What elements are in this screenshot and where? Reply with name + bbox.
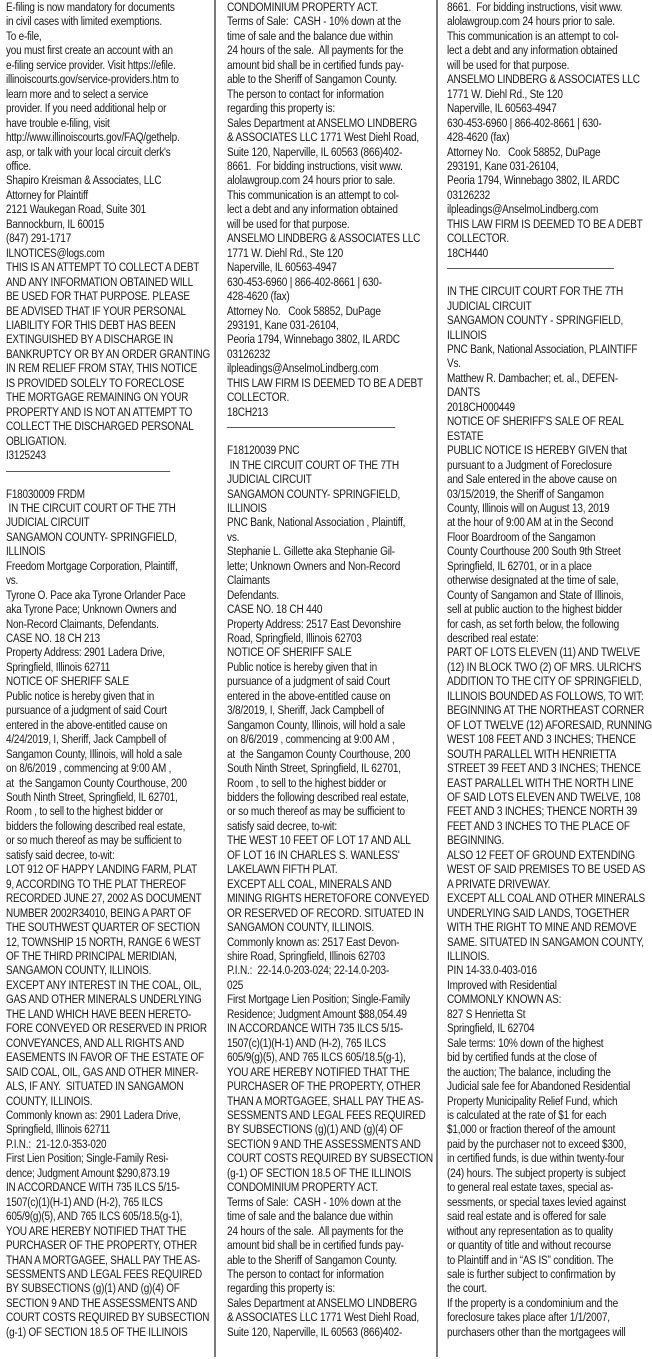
notice-text-line: ILLINOIS (447, 328, 617, 342)
notice-text-line: PROPERTY AND IS NOT AN ATTEMPT TO (6, 405, 174, 419)
notice-text-line: LOT 912 OF HAPPY LANDING FARM, PLAT (6, 862, 174, 876)
notice-text-line: have trouble e-filing, visit (6, 116, 174, 130)
notice-text-line: COLLECT THE DISCHARGED PERSONAL (6, 419, 174, 433)
notice-text-line: BE USED FOR THAT PURPOSE. PLEASE (6, 289, 174, 303)
notice-text-line: OBLIGATION. (6, 434, 174, 448)
notice-text-line: NOTICE OF SHERIFF SALE (6, 674, 174, 688)
notice-text-line: without any representation as to quality (447, 1224, 617, 1238)
notice-text-line: vs. (227, 530, 398, 544)
notice-text-line: Sales Department at ANSELMO LINDBERG (227, 1296, 398, 1310)
notice-text-line: in certified funds, is due within twenty… (447, 1151, 617, 1165)
notice-text-line: First Mortgage Lien Position; Single-Fam… (227, 992, 398, 1006)
notice-text-line: 605/9(g)(5), AND 765 ILCS 605/18.5(g-1), (227, 1050, 398, 1064)
notice-text-line: CONDOMINIUM PROPERTY ACT. (227, 1180, 398, 1194)
notice-text-line: PNC Bank, National Association, PLAINTIF… (447, 342, 617, 356)
notice-text-line: (847) 291-1717 (6, 231, 174, 245)
notice-text-line: (24) hours. The subject property is subj… (447, 1166, 617, 1180)
notice-text-line: SANGAMON COUNTY - SPRINGFIELD, (447, 313, 617, 327)
notice-text-line: 1771 W. Diehl Rd., Ste 120 (447, 87, 617, 101)
notice-text-line: Attorney No. Cook 58852, DuPage (447, 145, 617, 159)
notice-text-line: THIS LAW FIRM IS DEEMED TO BE A DEBT (227, 376, 398, 390)
notice-text-line: County Courthouse 200 South 9th Street (447, 544, 617, 558)
notice-text-line: LAKELAWN FIFTH PLAT. (227, 862, 398, 876)
notice-text-line: Commonly known as: 2517 East Devon- (227, 935, 398, 949)
column-rule-2 (436, 0, 438, 1357)
notice-text-line: Tyrone O. Pace aka Tyrone Orlander Pace (6, 588, 174, 602)
notice-text-line: SANGAMON COUNTY, ILLINOIS. (6, 963, 174, 977)
notice-text-line: IN THE CIRCUIT COURT FOR THE 7TH (447, 284, 617, 298)
notice-text-line: 293191, Kane 031-26104, (447, 159, 617, 173)
legal-notice: E-filing is now mandatory for documentsi… (6, 0, 174, 463)
notice-text-line: IN THE CIRCUIT COURT OF THE 7TH (6, 501, 174, 515)
notice-text-line: Improved with Residential (447, 978, 617, 992)
notice-text-line: at the Sangamon County Courthouse, 200 (6, 776, 174, 790)
notice-text-line: FORE CONVEYED OR RESERVED IN PRIOR (6, 1021, 174, 1035)
notice-text-line: South Ninth Street, Springfield, IL 6270… (6, 790, 174, 804)
notice-text-line: RECORDED JUNE 27, 2002 AS DOCUMENT (6, 891, 174, 905)
notice-text-line: 605/9(g)(5), AND 765 ILCS 605/18.5(g-1), (6, 1209, 174, 1223)
notice-text-line: JUDICIAL CIRCUIT (447, 299, 617, 313)
notice-text-line: To e-file, (6, 29, 174, 43)
notice-text-line: lect a debt and any information obtained (227, 202, 398, 216)
notice-text-line: EXTINGUISHED BY A DISCHARGE IN (6, 332, 174, 346)
notice-text-line: IN ACCORDANCE WITH 735 ILCS 5/15- (227, 1021, 398, 1035)
notice-text-line: e-filing service provider. Visit https:/… (6, 58, 174, 72)
notice-text-line: Sangamon County, Illinois, will hold a s… (227, 718, 398, 732)
notice-text-line: COLLECTOR. (227, 390, 398, 404)
notice-text-line: ilpleadings@AnselmoLindberg.com (227, 361, 398, 375)
notice-text-line: COMMONLY KNOWN AS: (447, 992, 617, 1006)
notice-text-line: Springfield, Illinois 62711 (6, 1122, 174, 1136)
notice-text-line: or so much thereof as may be sufficient … (227, 804, 398, 818)
notice-text-line: EXCEPT ALL COAL, MINERALS AND (227, 877, 398, 891)
notice-text-line: Vs. (447, 356, 617, 370)
notice-text-line: PURCHASER OF THE PROPERTY, OTHER (227, 1079, 398, 1093)
notice-divider (227, 427, 395, 429)
notice-text-line: STREET 39 FEET AND 3 INCHES; THENCE (447, 761, 617, 775)
notice-text-line: FEET AND 3 INCHES; THENCE NORTH 39 (447, 804, 617, 818)
notice-text-line: SANGAMON COUNTY- SPRINGFIELD, (6, 530, 174, 544)
notice-text-line: Freedom Mortgage Corporation, Plaintiff, (6, 559, 174, 573)
legal-notice: F18120039 PNC IN THE CIRCUIT COURT OF TH… (227, 443, 398, 1339)
notice-text-line: ILLINOIS (227, 501, 398, 515)
notice-text-line: entered in the above-entitled cause on (227, 689, 398, 703)
notice-text-line: pursuance of a judgment of said Court (6, 703, 174, 717)
notice-text-line: Claimants (227, 573, 398, 587)
notice-text-line: on 8/6/2019 , commencing at 9:00 AM , (227, 732, 398, 746)
notice-text-line: EXCEPT ALL COAL AND OTHER MINERALS (447, 891, 617, 905)
notice-text-line: IN THE CIRCUIT COURT OF THE 7TH (227, 458, 398, 472)
notice-text-line: Peoria 1794, Winnebago 3802, IL ARDC (227, 332, 398, 346)
notice-text-line: asp, or talk with your local circuit cle… (6, 145, 174, 159)
legal-notices-page: E-filing is now mandatory for documentsi… (0, 0, 652, 1359)
notice-text-line: CONVEYANCES, AND ALL RIGHTS AND (6, 1036, 174, 1050)
notice-text-line: 03126232 (227, 347, 398, 361)
notice-text-line: SOUTH PARALLEL WITH HENRIETTA (447, 747, 617, 761)
legal-notice: F18030009 FRDM IN THE CIRCUIT COURT OF T… (6, 487, 174, 1340)
legal-notice: CONDOMINIUM PROPERTY ACT.Terms of Sale: … (227, 0, 398, 419)
notice-text-line: SAME. SITUATED IN SANGAMON COUNTY, (447, 935, 617, 949)
notice-text-line: COUNTY, ILLINOIS. (6, 1094, 174, 1108)
notice-divider (6, 471, 170, 473)
column-rule-1 (214, 0, 216, 1357)
legal-notice: 8661. For bidding instructions, visit ww… (447, 0, 617, 260)
notice-text-line: 8661. For bidding instructions, visit ww… (227, 159, 398, 173)
notice-text-line: Commonly known as: 2901 Ladera Drive, (6, 1108, 174, 1122)
notice-text-line: time of sale and the balance due within (227, 29, 398, 43)
notice-text-line: Road, Springfield, Illinois 62703 (227, 631, 398, 645)
notice-text-line: OF THE THIRD PRINCIPAL MERIDIAN, (6, 949, 174, 963)
notice-text-line: 8661. For bidding instructions, visit ww… (447, 0, 617, 14)
notice-text-line: paid by the purchaser not to exceed $300… (447, 1137, 617, 1151)
notice-text-line: purchasers other than the mortgagees wil… (447, 1325, 617, 1339)
notice-text-line: is calculated at the rate of $1 for each (447, 1108, 617, 1122)
notice-text-line: to Plaintiff and in “AS IS” condition. T… (447, 1253, 617, 1267)
notice-text-line: 1507(c)(1)(H-1) AND (H-2), 765 ILCS (227, 1036, 398, 1050)
notice-text-line: Springfield, IL 62704 (447, 1021, 617, 1035)
notice-text-line: IN REM RELIEF FROM STAY, THIS NOTICE (6, 361, 174, 375)
notice-text-line: The person to contact for information (227, 1267, 398, 1281)
notice-text-line: WEST 108 FEET AND 3 INCHES; THENCE (447, 732, 617, 746)
notice-text-line: Property Address: 2901 Ladera Drive, (6, 645, 174, 659)
notice-text-line: BY SUBSECTIONS (g)(1) AND (g)(4) OF (227, 1122, 398, 1136)
notice-text-line: UNDERLYING SAID LANDS, TOGETHER (447, 906, 617, 920)
notice-text-line: F18120039 PNC (227, 443, 398, 457)
notice-text-line: lect a debt and any information obtained (447, 43, 617, 57)
notice-text-line: SANGAMON COUNTY, ILLINOIS. (227, 920, 398, 934)
notice-text-line: alolawgroup.com 24 hours prior to sale. (447, 14, 617, 28)
notice-text-line: Naperville, IL 60563-4947 (227, 260, 398, 274)
notice-text-line: 03/15/2019, the Sheriff of Sangamon (447, 487, 617, 501)
notice-text-line: able to the Sheriff of Sangamon County. (227, 72, 398, 86)
notice-text-line: THIS IS AN ATTEMPT TO COLLECT A DEBT (6, 260, 174, 274)
notice-text-line: 4/24/2019, I, Sheriff, Jack Campbell of (6, 732, 174, 746)
notice-text-line: LIABILITY FOR THIS DEBT HAS BEEN (6, 318, 174, 332)
notice-text-line: ILNOTICES@logs.com (6, 246, 174, 260)
notice-text-line: ALSO 12 FEET OF GROUND EXTENDING (447, 848, 617, 862)
notice-text-line: OF LOT 16 IN CHARLES S. WANLESS' (227, 848, 398, 862)
notice-text-line: NUMBER 2002R34010, BEING A PART OF (6, 906, 174, 920)
notice-text-line: IN ACCORDANCE WITH 735 ILCS 5/15- (6, 1180, 174, 1194)
notice-text-line: otherwise designated at the time of sale… (447, 573, 617, 587)
notice-text-line: you must first create an account with an (6, 43, 174, 57)
notice-text-line: Room , to sell to the highest bidder or (227, 776, 398, 790)
notice-text-line: Attorney No. Cook 58852, DuPage (227, 304, 398, 318)
notice-text-line: First Lien Position; Single-Family Resi- (6, 1151, 174, 1165)
notice-text-line: This communication is an attempt to col- (227, 188, 398, 202)
notice-text-line: 2018CH000449 (447, 400, 617, 414)
notice-text-line: ilpleadings@AnselmoLindberg.com (447, 202, 617, 216)
notice-text-line: Defendants. (227, 588, 398, 602)
notice-text-line: 1507(c)(1)(H-1) AND (H-2), 765 ILCS (6, 1195, 174, 1209)
notice-text-line: CASE NO. 18 CH 440 (227, 602, 398, 616)
notice-text-line: ESTATE (447, 429, 617, 443)
notice-text-line: 24 hours of the sale. All payments for t… (227, 43, 398, 57)
notice-text-line: entered in the above-entitled cause on (6, 718, 174, 732)
notice-text-line: COURT COSTS REQUIRED BY SUBSECTION (227, 1151, 398, 1165)
notice-text-line: PIN 14-33.0-403-016 (447, 963, 617, 977)
notice-text-line: learn more and to select a service (6, 87, 174, 101)
notice-text-line: Suite 120, Naperville, IL 60563 (866)402… (227, 1325, 398, 1339)
notice-text-line: Suite 120, Naperville, IL 60563 (866)402… (227, 145, 398, 159)
notice-text-line: WEST OF SAID PREMISES TO BE USED AS (447, 862, 617, 876)
notice-text-line: SECTION 9 AND THE ASSESSMENTS AND (227, 1137, 398, 1151)
notice-text-line: illinoiscourts.gov/service-providers.htm… (6, 72, 174, 86)
notice-text-line: Property Municipality Relief Fund, which (447, 1094, 617, 1108)
notice-text-line: 3/8/2019, I, Sheriff, Jack Campbell of (227, 703, 398, 717)
notice-text-line: or quantity of title and without recours… (447, 1238, 617, 1252)
notice-text-line: P.I.N.: 21-12.0-353-020 (6, 1137, 174, 1151)
notice-text-line: Naperville, IL 60563-4947 (447, 101, 617, 115)
notice-text-line: Sales Department at ANSELMO LINDBERG (227, 116, 398, 130)
notice-text-line: bidders the following described real est… (6, 819, 174, 833)
notice-text-line: and Sale entered in the above cause on (447, 472, 617, 486)
notice-text-line: OF LOT TWELVE (12) AFORESAID, RUNNING (447, 718, 617, 732)
notice-text-line: Public notice is hereby given that in (6, 689, 174, 703)
notice-text-line: (g-1) OF SECTION 18.5 OF THE ILLINOIS (6, 1325, 174, 1339)
notice-text-line: Room , to sell to the highest bidder or (6, 804, 174, 818)
notice-text-line: pursuant to a Judgment of Foreclosure (447, 458, 617, 472)
notice-text-line: NOTICE OF SHERIFF SALE (227, 645, 398, 659)
notice-text-line: Floor Boardroom of the Sangamon (447, 530, 617, 544)
notice-divider (447, 268, 614, 270)
notice-text-line: 24 hours of the sale. All payments for t… (227, 1224, 398, 1238)
notice-text-line: regarding this property is: (227, 1281, 398, 1295)
notice-text-line: PART OF LOTS ELEVEN (11) AND TWELVE (447, 645, 617, 659)
notice-text-line: 025 (227, 978, 398, 992)
column-2: CONDOMINIUM PROPERTY ACT.Terms of Sale: … (227, 0, 398, 1359)
notice-text-line: MINING RIGHTS HERETOFORE CONVEYED (227, 891, 398, 905)
notice-text-line: THE SOUTHWEST QUARTER OF SECTION (6, 920, 174, 934)
notice-text-line: 827 S Henrietta St (447, 1007, 617, 1021)
notice-text-line: lette; Unknown Owners and Non-Record (227, 559, 398, 573)
notice-text-line: If the property is a condominium and the (447, 1296, 617, 1310)
notice-text-line: CASE NO. 18 CH 213 (6, 631, 174, 645)
notice-text-line: shire Road, Springfield, Illinois 62703 (227, 949, 398, 963)
notice-text-line: 9, ACCORDING TO THE PLAT THEREOF (6, 877, 174, 891)
notice-text-line: F18030009 FRDM (6, 487, 174, 501)
notice-text-line: BE ADVISED THAT IF YOUR PERSONAL (6, 304, 174, 318)
notice-text-line: GAS AND OTHER MINERALS UNDERLYING (6, 992, 174, 1006)
notice-text-line: OF SAID LOTS ELEVEN AND TWELVE, 108 (447, 790, 617, 804)
notice-text-line: SANGAMON COUNTY- SPRINGFIELD, (227, 487, 398, 501)
notice-text-line: ADDITION TO THE CITY OF SPRINGFIELD, (447, 674, 617, 688)
notice-text-line: alolawgroup.com 24 hours prior to sale. (227, 173, 398, 187)
notice-text-line: Peoria 1794, Winnebago 3802, IL ARDC (447, 173, 617, 187)
notice-text-line: 12, TOWNSHIP 15 NORTH, RANGE 6 WEST (6, 935, 174, 949)
notice-text-line: the auction; The balance, including the (447, 1065, 617, 1079)
notice-text-line: DANTS (447, 385, 617, 399)
notice-text-line: said real estate and is offered for sale (447, 1209, 617, 1223)
notice-text-line: able to the Sheriff of Sangamon County. (227, 1253, 398, 1267)
notice-text-line: Attorney for Plaintiff (6, 188, 174, 202)
notice-text-line: EASEMENTS IN FAVOR OF THE ESTATE OF (6, 1050, 174, 1064)
notice-text-line: WITH THE RIGHT TO MINE AND REMOVE (447, 920, 617, 934)
notice-text-line: dence; Judgment Amount $290,873.19 (6, 1166, 174, 1180)
notice-text-line: Public notice is hereby given that in (227, 660, 398, 674)
notice-text-line: Sale terms: 10% down of the highest (447, 1036, 617, 1050)
notice-text-line: THAN A MORTGAGEE, SHALL PAY THE AS- (227, 1094, 398, 1108)
notice-text-line: This communication is an attempt to col- (447, 29, 617, 43)
notice-text-line: BEGINNING AT THE NORTHEAST CORNER (447, 703, 617, 717)
notice-text-line: County of Sangamon and State of Illinois… (447, 588, 617, 602)
notice-text-line: BANKRUPTCY OR BY AN ORDER GRANTING (6, 347, 174, 361)
notice-text-line: on 8/6/2019 , commencing at 9:00 AM , (6, 761, 174, 775)
notice-text-line: COURT COSTS REQUIRED BY SUBSECTION (6, 1310, 174, 1324)
notice-text-line: 428-4620 (fax) (447, 130, 617, 144)
notice-text-line: THAN A MORTGAGEE, SHALL PAY THE AS- (6, 1253, 174, 1267)
notice-text-line: http://www.illinoiscourts.gov/FAQ/gethel… (6, 130, 174, 144)
notice-text-line: (g-1) OF SECTION 18.5 OF THE ILLINOIS (227, 1166, 398, 1180)
notice-text-line: office. (6, 159, 174, 173)
notice-text-line: time of sale and the balance due within (227, 1209, 398, 1223)
notice-text-line: satisfy said decree, to-wit: (227, 819, 398, 833)
notice-text-line: bidders the following described real est… (227, 790, 398, 804)
notice-text-line: described real estate: (447, 631, 617, 645)
notice-text-line: County, Illinois will on August 13, 2019 (447, 501, 617, 515)
notice-text-line: A PRIVATE DRIVEWAY. (447, 877, 617, 891)
notice-text-line: & ASSOCIATES LLC 1771 West Diehl Road, (227, 130, 398, 144)
notice-text-line: CONDOMINIUM PROPERTY ACT. (227, 0, 398, 14)
notice-text-line: SECTION 9 AND THE ASSESSMENTS AND (6, 1296, 174, 1310)
notice-text-line: PNC Bank, National Association , Plainti… (227, 515, 398, 529)
notice-text-line: Stephanie L. Gillette aka Stephanie Gil- (227, 544, 398, 558)
notice-text-line: the court. (447, 1281, 617, 1295)
column-3: 8661. For bidding instructions, visit ww… (447, 0, 617, 1359)
notice-text-line: Matthew R. Dambacher; et. al., DEFEN- (447, 371, 617, 385)
notice-text-line: Terms of Sale: CASH - 10% down at the (227, 14, 398, 28)
notice-text-line: AND ANY INFORMATION OBTAINED WILL (6, 275, 174, 289)
notice-text-line: at the hour of 9:00 AM at in the Second (447, 515, 617, 529)
notice-text-line: IS PROVIDED SOLELY TO FORECLOSE (6, 376, 174, 390)
notice-text-line: ANSELMO LINDBERG & ASSOCIATES LLC (227, 231, 398, 245)
notice-text-line: BEGINNING. (447, 833, 617, 847)
notice-text-line: NOTICE OF SHERIFF'S SALE OF REAL (447, 414, 617, 428)
notice-text-line: satisfy said decree, to-wit: (6, 848, 174, 862)
notice-text-line: ILLINOIS. (447, 949, 617, 963)
notice-text-line: sale is further subject to confirmation … (447, 1267, 617, 1281)
notice-text-line: 18CH213 (227, 405, 398, 419)
notice-text-line: EXCEPT ANY INTEREST IN THE COAL, OIL, (6, 978, 174, 992)
notice-text-line: ALS, IF ANY. SITUATED IN SANGAMON (6, 1079, 174, 1093)
notice-text-line: 428-4620 (fax) (227, 289, 398, 303)
notice-text-line: regarding this property is: (227, 101, 398, 115)
notice-text-line: THE WEST 10 FEET OF LOT 17 AND ALL (227, 833, 398, 847)
notice-text-line: 293191, Kane 031-26104, (227, 318, 398, 332)
notice-text-line: bid by certified funds at the close of (447, 1050, 617, 1064)
notice-text-line: aka Tyrone Pace; Unknown Owners and (6, 602, 174, 616)
notice-text-line: BY SUBSECTIONS (g)(1) AND (g)(4) OF (6, 1281, 174, 1295)
notice-text-line: will be used for that purpose. (227, 217, 398, 231)
notice-text-line: ILLINOIS BOUNDED AS FOLLOWS, TO WIT: (447, 689, 617, 703)
notice-text-line: SESSMENTS AND LEGAL FEES REQUIRED (227, 1108, 398, 1122)
notice-text-line: (12) IN BLOCK TWO (2) OF MRS. ULRICH'S (447, 660, 617, 674)
notice-text-line: COLLECTOR. (447, 231, 617, 245)
notice-text-line: Bannockburn, IL 60015 (6, 217, 174, 231)
notice-text-line: YOU ARE HEREBY NOTIFIED THAT THE (227, 1065, 398, 1079)
notice-text-line: THE LAND WHICH HAVE BEEN HERETO- (6, 1007, 174, 1021)
notice-text-line: $1,000 or fraction thereof of the amount (447, 1122, 617, 1136)
notice-text-line: sessments, or special taxes levied again… (447, 1195, 617, 1209)
notice-text-line: 630-453-6960 | 866-402-8661 | 630- (447, 116, 617, 130)
notice-text-line: JUDICIAL CIRCUIT (6, 515, 174, 529)
notice-text-line: 1771 W. Diehl Rd., Ste 120 (227, 246, 398, 260)
notice-text-line: THIS LAW FIRM IS DEEMED TO BE A DEBT (447, 217, 617, 231)
notice-text-line: pursuance of a judgment of said Court (227, 674, 398, 688)
notice-text-line: amount bid shall be in certified funds p… (227, 58, 398, 72)
notice-text-line: SAID COAL, OIL, GAS AND OTHER MINER- (6, 1065, 174, 1079)
notice-text-line: EAST PARALLEL WITH THE NORTH LINE (447, 776, 617, 790)
notice-text-line: I3125243 (6, 448, 174, 462)
notice-text-line: in civil cases with limited exemptions. (6, 14, 174, 28)
notice-text-line: 18CH440 (447, 246, 617, 260)
notice-text-line: E-filing is now mandatory for documents (6, 0, 174, 14)
notice-text-line: 630-453-6960 | 866-402-8661 | 630- (227, 275, 398, 289)
notice-text-line: Shapiro Kreisman & Associates, LLC (6, 173, 174, 187)
notice-text-line: for cash, as set forth below, the follow… (447, 617, 617, 631)
notice-text-line: 03126232 (447, 188, 617, 202)
notice-text-line: amount bid shall be in certified funds p… (227, 1238, 398, 1252)
notice-text-line: ANSELMO LINDBERG & ASSOCIATES LLC (447, 72, 617, 86)
notice-text-line: FEET AND 3 INCHES TO THE PLACE OF (447, 819, 617, 833)
notice-text-line: The person to contact for information (227, 87, 398, 101)
notice-text-line: P.I.N.: 22-14.0-203-024; 22-14.0-203- (227, 963, 398, 977)
notice-text-line: Non-Record Claimants, Defendants. (6, 617, 174, 631)
notice-text-line: & ASSOCIATES LLC 1771 West Diehl Road, (227, 1310, 398, 1324)
notice-text-line: SESSMENTS AND LEGAL FEES REQUIRED (6, 1267, 174, 1281)
notice-text-line: PURCHASER OF THE PROPERTY, OTHER (6, 1238, 174, 1252)
notice-text-line: provider. If you need additional help or (6, 101, 174, 115)
notice-text-line: foreclosure takes place after 1/1/2007, (447, 1310, 617, 1324)
notice-text-line: Springfield, IL 62701, or in a place (447, 559, 617, 573)
column-1: E-filing is now mandatory for documentsi… (6, 0, 174, 1359)
notice-text-line: at the Sangamon County Courthouse, 200 (227, 747, 398, 761)
notice-text-line: Sangamon County, Illinois, will hold a s… (6, 747, 174, 761)
notice-text-line: JUDICIAL CIRCUIT (227, 472, 398, 486)
notice-text-line: OR RESERVED OF RECORD. SITUATED IN (227, 906, 398, 920)
notice-text-line: South Ninth Street, Springfield, IL 6270… (227, 761, 398, 775)
notice-text-line: to general real estate taxes, special as… (447, 1180, 617, 1194)
notice-text-line: Terms of Sale: CASH - 10% down at the (227, 1195, 398, 1209)
notice-text-line: sell at public auction to the highest bi… (447, 602, 617, 616)
notice-text-line: will be used for that purpose. (447, 58, 617, 72)
notice-text-line: Residence; Judgment Amount $88,054.49 (227, 1007, 398, 1021)
notice-text-line: ILLINOIS (6, 544, 174, 558)
legal-notice: IN THE CIRCUIT COURT FOR THE 7THJUDICIAL… (447, 284, 617, 1339)
notice-text-line: or so much thereof as may be sufficient … (6, 833, 174, 847)
notice-text-line: vs. (6, 573, 174, 587)
notice-text-line: Property Address: 2517 East Devonshire (227, 617, 398, 631)
notice-text-line: Springfield, Illinois 62711 (6, 660, 174, 674)
notice-text-line: Judicial sale fee for Abandoned Resident… (447, 1079, 617, 1093)
notice-text-line: YOU ARE HEREBY NOTIFIED THAT THE (6, 1224, 174, 1238)
notice-text-line: THE MORTGAGE REMAINING ON YOUR (6, 390, 174, 404)
notice-text-line: PUBLIC NOTICE IS HEREBY GIVEN that (447, 443, 617, 457)
notice-text-line: 2121 Waukegan Road, Suite 301 (6, 202, 174, 216)
